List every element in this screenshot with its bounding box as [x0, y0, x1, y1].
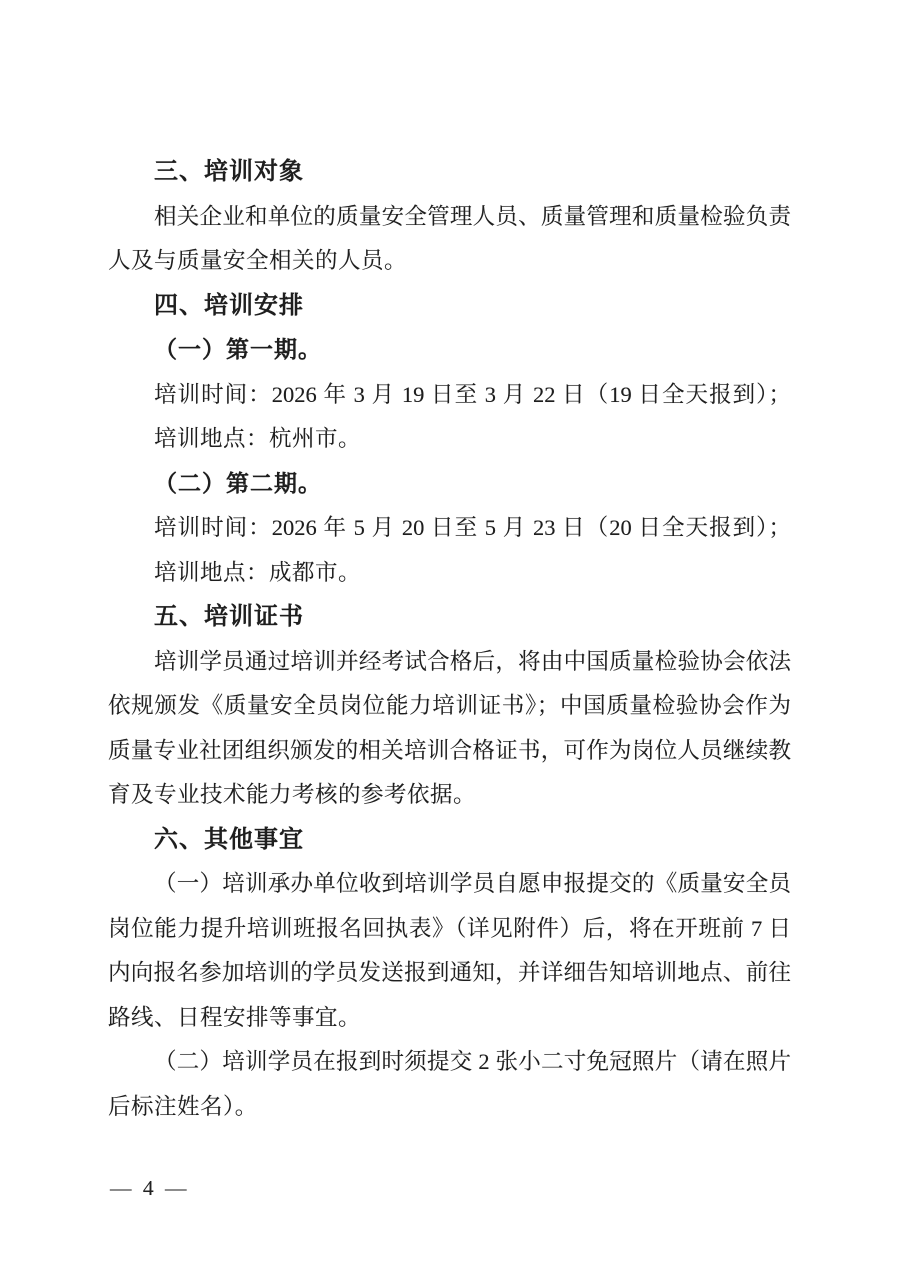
body-line: （一）培训承办单位收到培训学员自愿申报提交的《质量安全员 — [108, 862, 791, 907]
body-line: 培训学员通过培训并经考试合格后，将由中国质量检验协会依法 — [108, 640, 791, 685]
body-line: 依规颁发《质量安全员岗位能力培训证书》；中国质量检验协会作为 — [108, 684, 791, 729]
session-2-time-line: 培训时间：2026 年 5 月 20 日至 5 月 23 日（20 日全天报到）… — [108, 506, 791, 551]
body-line: 岗位能力提升培训班报名回执表》（详见附件）后，将在开班前 7 日 — [108, 907, 791, 952]
heading-training-certificate: 五、培训证书 — [108, 595, 791, 640]
session-1-location-line: 培训地点：杭州市。 — [108, 417, 791, 462]
body-line: 育及专业技术能力考核的参考依据。 — [108, 773, 791, 818]
body-line: 内向报名参加培训的学员发送报到通知，并详细告知培训地点、前往 — [108, 951, 791, 996]
session-2-location-line: 培训地点：成都市。 — [108, 551, 791, 596]
document-page: 三、培训对象 相关企业和单位的质量安全管理人员、质量管理和质量检验负责 人及与质… — [0, 0, 900, 1273]
subheading-session-1: （一）第一期。 — [108, 328, 791, 373]
page-number: — 4 — — [110, 1166, 190, 1210]
document-body: 三、培训对象 相关企业和单位的质量安全管理人员、质量管理和质量检验负责 人及与质… — [108, 150, 791, 1129]
subheading-session-2: （二）第二期。 — [108, 462, 791, 507]
body-line: 路线、日程安排等事宜。 — [108, 996, 791, 1041]
session-1-time-line: 培训时间：2026 年 3 月 19 日至 3 月 22 日（19 日全天报到）… — [108, 373, 791, 418]
heading-other-matters: 六、其他事宜 — [108, 818, 791, 863]
body-line: 质量专业社团组织颁发的相关培训合格证书，可作为岗位人员继续教 — [108, 729, 791, 774]
body-line: 人及与质量安全相关的人员。 — [108, 239, 791, 284]
heading-training-targets: 三、培训对象 — [108, 150, 791, 195]
body-line: （二）培训学员在报到时须提交 2 张小二寸免冠照片（请在照片 — [108, 1040, 791, 1085]
body-line: 后标注姓名）。 — [108, 1085, 791, 1130]
body-line: 相关企业和单位的质量安全管理人员、质量管理和质量检验负责 — [108, 195, 791, 240]
heading-training-schedule: 四、培训安排 — [108, 284, 791, 329]
